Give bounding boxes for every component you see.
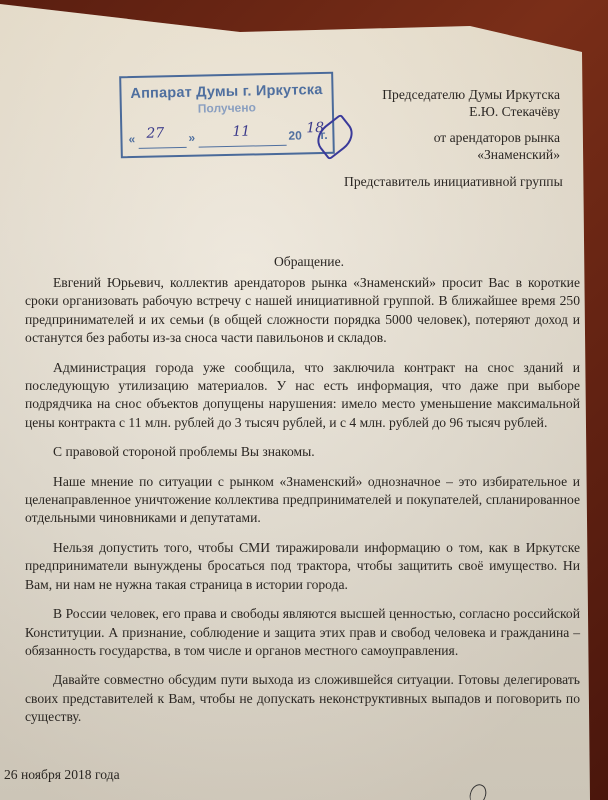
document-title: Обращение. bbox=[0, 254, 608, 270]
addressee-block: Председателю Думы Иркутска Е.Ю. Стекачёв… bbox=[300, 86, 560, 163]
letter-date: 26 ноября 2018 года bbox=[4, 767, 120, 783]
stamp-day: 27 bbox=[146, 125, 164, 141]
stamp-month-underline bbox=[199, 145, 287, 148]
paragraph-1: Евгений Юрьевич, коллектив арендаторов р… bbox=[25, 274, 580, 348]
representative-line: Представитель инициативной группы bbox=[344, 174, 563, 190]
paragraph-6: В России человек, его права и свободы яв… bbox=[25, 605, 580, 660]
stamp-close-quote: » bbox=[188, 131, 195, 145]
addressee-gap bbox=[300, 120, 560, 129]
sender-line-2: «Знаменский» bbox=[300, 146, 560, 163]
paragraph-4: Наше мнение по ситуации с рынком «Знамен… bbox=[25, 473, 580, 528]
stamp-date-row: « 27 » 11 20 18 г. bbox=[128, 126, 326, 130]
letter-body: Евгений Юрьевич, коллектив арендаторов р… bbox=[25, 274, 580, 738]
addressee-line-1: Председателю Думы Иркутска bbox=[300, 86, 560, 103]
paragraph-2: Администрация города уже сообщила, что з… bbox=[25, 359, 580, 433]
addressee-line-2: Е.Ю. Стекачёву bbox=[300, 103, 560, 120]
paragraph-5: Нельзя допустить того, чтобы СМИ тиражир… bbox=[25, 539, 580, 594]
paragraph-7: Давайте совместно обсудим пути выхода из… bbox=[25, 671, 580, 726]
sender-line-1: от арендаторов рынка bbox=[300, 129, 560, 146]
stamp-open-quote: « bbox=[128, 132, 135, 146]
stamp-day-underline bbox=[139, 147, 187, 149]
paragraph-3: С правовой стороной проблемы Вы знакомы. bbox=[25, 443, 580, 461]
stamp-month: 11 bbox=[232, 124, 250, 140]
